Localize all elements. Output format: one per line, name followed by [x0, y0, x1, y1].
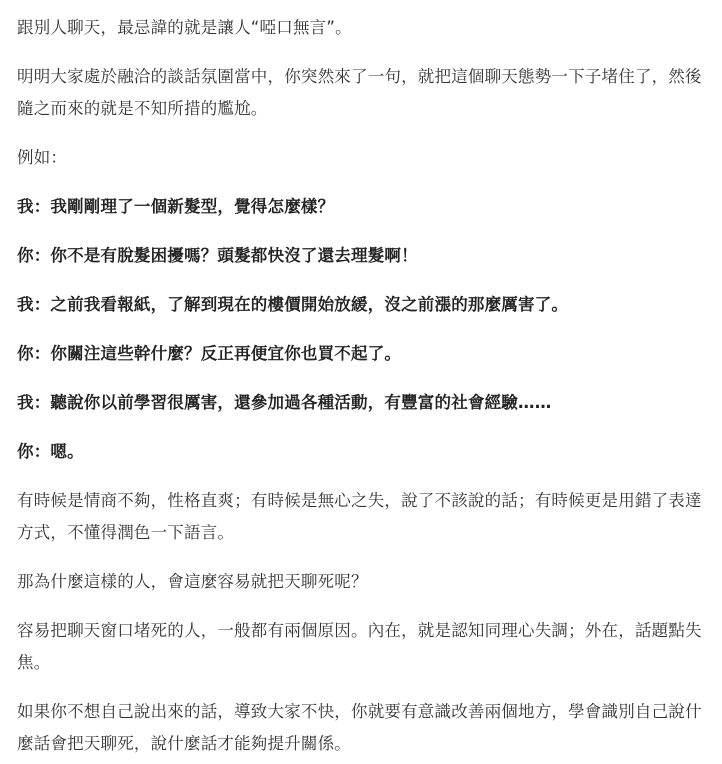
example-label: 例如： — [17, 142, 708, 174]
dialogue-line: 你：你不是有脫髮困擾嗎？頭髮都快沒了還去理髮啊！ — [17, 240, 708, 272]
dialogue-line: 我：我剛剛理了一個新髮型，覺得怎麼樣？ — [17, 191, 708, 223]
article-body: 跟別人聊天，最忌諱的就是讓人“啞口無言”。 明明大家處於融洽的談話氛圍當中，你突… — [0, 0, 722, 760]
dialogue-line: 我：之前我看報紙，了解到現在的樓價開始放緩，沒之前漲的那麼厲害了。 — [17, 289, 708, 321]
context-paragraph: 明明大家處於融洽的談話氛圍當中，你突然來了一句，就把這個聊天態勢一下子堵住了，然… — [17, 61, 708, 125]
advice-paragraph: 如果你不想自己說出來的話，導致大家不快，你就要有意識改善兩個地方，學會識別自己說… — [17, 696, 708, 760]
intro-paragraph: 跟別人聊天，最忌諱的就是讓人“啞口無言”。 — [17, 12, 708, 44]
dialogue-line: 你：嗯。 — [17, 436, 708, 468]
dialogue-line: 你：你關注這些幹什麼？反正再便宜你也買不起了。 — [17, 338, 708, 370]
question-paragraph: 那為什麼這樣的人，會這麼容易就把天聊死呢？ — [17, 566, 708, 598]
analysis-paragraph: 有時候是情商不夠，性格直爽；有時候是無心之失，說了不該說的話；有時候更是用錯了表… — [17, 485, 708, 549]
dialogue-line: 我：聽說你以前學習很厲害，還參加過各種活動，有豐富的社會經驗…… — [17, 387, 708, 419]
reasons-paragraph: 容易把聊天窗口堵死的人，一般都有兩個原因。內在，就是認知同理心失調；外在，話題點… — [17, 615, 708, 679]
